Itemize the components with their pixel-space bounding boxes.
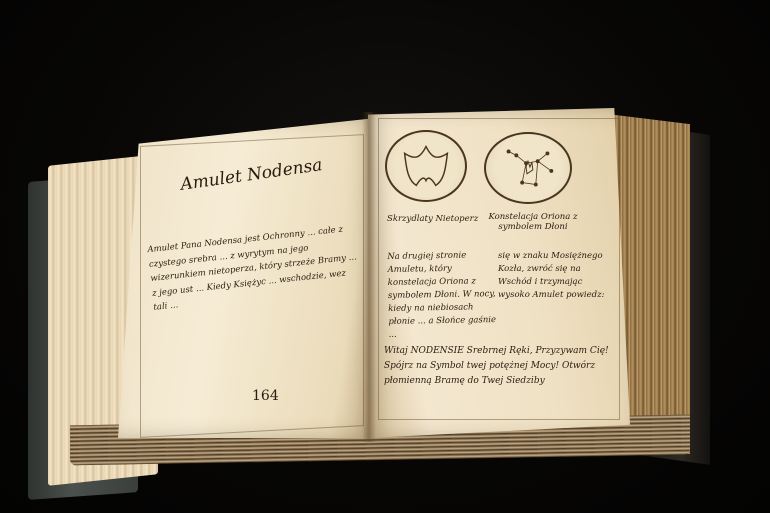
right-page-text-column-1: Na drugiej stronie Amuletu, który konste… (387, 249, 497, 342)
orion-seal-caption: Konstelacja Oriona z symbolem Dłoni (488, 212, 578, 232)
bat-seal-caption: Skrzydlaty Nietoperz (387, 214, 478, 224)
invocation-text: Witaj NODENSIE Srebrnej Ręki, Przyzywam … (384, 344, 614, 389)
bat-drawing-icon (387, 132, 465, 200)
book-gutter (362, 112, 376, 442)
orion-seal-icon (484, 132, 572, 204)
right-page-text-column-2: się w znaku Mosiężnego Kozła, zwróć się … (498, 250, 616, 302)
orion-constellation-icon (486, 134, 570, 202)
page-number: 164 (252, 388, 279, 404)
bat-seal-icon (385, 130, 467, 202)
